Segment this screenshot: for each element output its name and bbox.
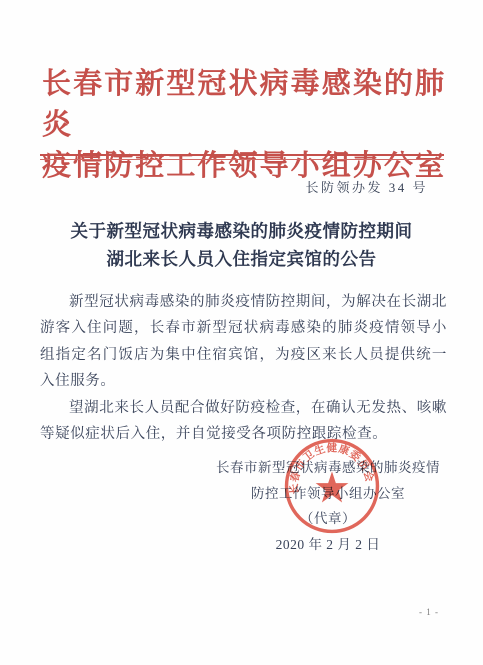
seal-star-icon xyxy=(316,471,349,502)
signature-date: 2020 年 2 月 2 日 xyxy=(210,532,446,558)
document-page: 长春市新型冠状病毒感染的肺炎 疫情防控工作领导小组办公室 长防领办发 34 号 … xyxy=(0,0,483,665)
letterhead-double-rule xyxy=(40,154,444,160)
official-seal-stamp: 长春市卫生健康委员会 xyxy=(283,437,381,535)
letterhead-line-1: 长春市新型冠状病毒感染的肺炎 xyxy=(42,64,444,146)
document-title: 关于新型冠状病毒感染的肺炎疫情防控期间 湖北来长人员入住指定宾馆的公告 xyxy=(0,217,483,273)
letterhead: 长春市新型冠状病毒感染的肺炎 疫情防控工作领导小组办公室 xyxy=(42,64,444,187)
document-number: 长防领办发 34 号 xyxy=(305,177,428,196)
body-paragraph-1: 新型冠状病毒感染的肺炎疫情防控期间，为解决在长湖北游客入住问题，长春市新型冠状病… xyxy=(40,289,447,395)
document-body: 新型冠状病毒感染的肺炎疫情防控期间，为解决在长湖北游客入住问题，长春市新型冠状病… xyxy=(40,289,447,447)
body-paragraph-2: 望湖北来长人员配合做好防疫检查，在确认无发热、咳嗽等疑似症状后入住，并自觉接受各… xyxy=(40,395,447,448)
page-number: - 1 - xyxy=(419,607,439,617)
document-title-line-2: 湖北来长人员入住指定宾馆的公告 xyxy=(0,245,483,273)
document-title-line-1: 关于新型冠状病毒感染的肺炎疫情防控期间 xyxy=(0,217,483,245)
